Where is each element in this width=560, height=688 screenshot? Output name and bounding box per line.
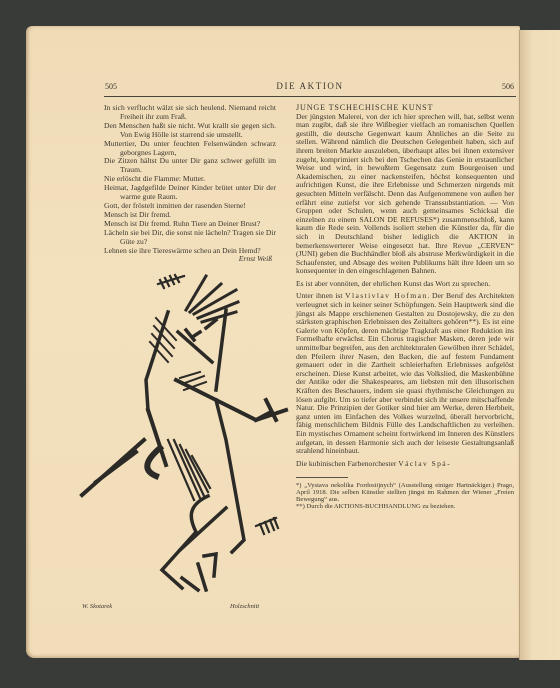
footnotes: *) „Vystava nekolika Fordosiijnych“ (Aus… — [296, 482, 514, 510]
article-column: JUNGE TSCHECHISCHE KUNST Der jüngsten Ma… — [296, 104, 514, 510]
poem-line: Den Menschen haßt sie nicht. Wut krallt … — [104, 122, 276, 140]
poem-line: Lächeln sie bei Dir, die sonst nie läche… — [104, 229, 276, 247]
footnote-rule — [296, 477, 348, 478]
article-paragraph: Unter ihnen ist Vlastivlav Hofman. Der B… — [296, 292, 514, 455]
facing-page-edge — [519, 30, 560, 660]
footnote: *) „Vystava nekolika Fordosiijnych“ (Aus… — [296, 482, 514, 503]
poem-line: Die Zitzen hältst Du unter Dir ganz schw… — [104, 157, 276, 175]
article-paragraph: Es ist aber vonnöten, der ehrlichen Kuns… — [296, 280, 514, 289]
poem-line: Heimat, Jagdgefilde Deiner Kinder brütet… — [104, 184, 276, 202]
footnote: **) Durch die AKTIONS-BUCHHANDLUNG zu be… — [296, 503, 514, 510]
text-run: . Der Beruf des Architekten verleugnet s… — [296, 291, 514, 455]
woodcut-figure-illustration — [76, 270, 296, 600]
text-run: Die kubinischen Farbenorchester — [296, 459, 398, 468]
artist-name: Václav Spá- — [398, 459, 451, 468]
article-paragraph: Der jüngsten Malerei, von der ich hier s… — [296, 113, 514, 276]
poem-column: In sich verflucht wälzt sie sich heulend… — [104, 104, 276, 264]
article-paragraph: Die kubinischen Farbenorchester Václav S… — [296, 460, 514, 469]
poem-author: Ernst Weiß — [104, 255, 276, 264]
page-number-right: 506 — [502, 82, 514, 91]
poem-line: In sich verflucht wälzt sie sich heulend… — [104, 104, 276, 122]
journal-title: DIE AKTION — [104, 81, 516, 91]
poem-line: Muttertier, Du unter feuchten Felsenwänd… — [104, 140, 276, 158]
illustration-artist-caption: W. Skotarek — [82, 603, 112, 610]
illustration-technique-caption: Holzschnitt — [230, 603, 259, 610]
running-header: 505 DIE AKTION 506 — [104, 80, 516, 97]
